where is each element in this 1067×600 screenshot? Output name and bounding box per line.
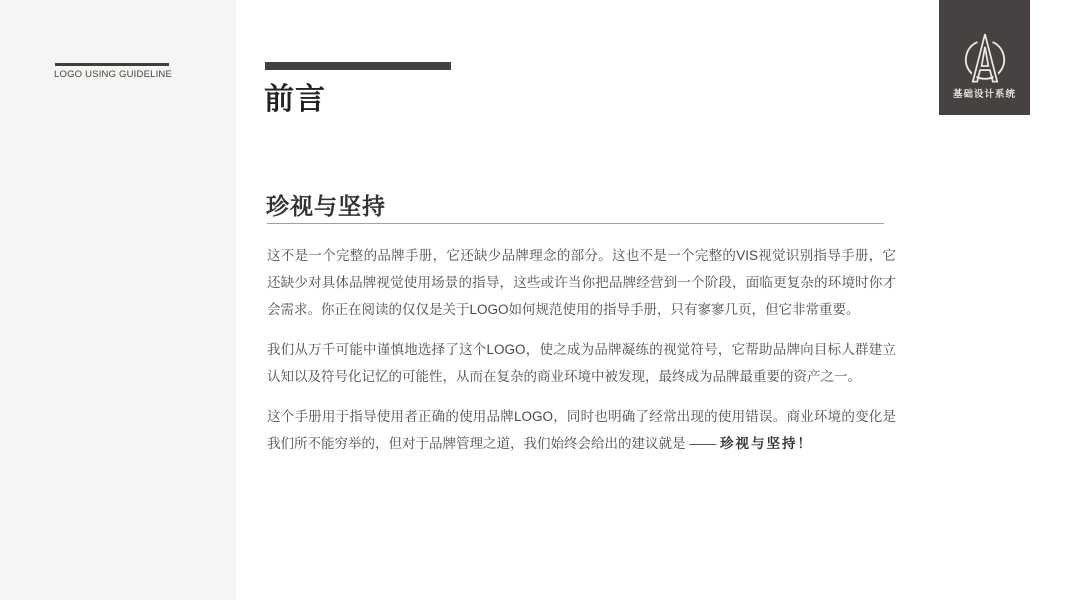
sidebar-label: LOGO USING GUIDELINE: [54, 69, 184, 80]
title-accent-bar: [265, 62, 451, 70]
page-title: 前言: [264, 74, 326, 118]
paragraph-2: 我们从万千可能中谨慎地选择了这个LOGO，使之成为品牌凝练的视觉符号，它帮助品牌…: [267, 336, 896, 390]
guideline-page: { "window": { "width": 1067, "height": 6…: [0, 0, 1067, 600]
body-copy: 这不是一个完整的品牌手册，它还缺少品牌理念的部分。这也不是一个完整的VIS视觉识…: [267, 242, 896, 470]
section-rule: [267, 223, 884, 224]
brand-badge: 基础设计系统: [939, 0, 1030, 115]
section-title: 珍视与坚持: [266, 188, 386, 221]
paragraph-2-text: 我们从万千可能中谨慎地选择了这个LOGO，使之成为品牌凝练的视觉符号，它帮助品牌…: [267, 342, 896, 384]
paragraph-1: 这不是一个完整的品牌手册，它还缺少品牌理念的部分。这也不是一个完整的VIS视觉识…: [267, 242, 896, 323]
paragraph-3-emphasis: 珍视与坚持！: [720, 436, 813, 451]
left-panel: LOGO USING GUIDELINE: [0, 0, 236, 600]
sidebar-rule: [55, 63, 169, 66]
circle-a-logo-icon: [956, 26, 1014, 84]
badge-title: 基础设计系统: [953, 86, 1016, 100]
paragraph-1-text: 这不是一个完整的品牌手册，它还缺少品牌理念的部分。这也不是一个完整的VIS视觉识…: [267, 248, 896, 317]
paragraph-3: 这个手册用于指导使用者正确的使用品牌LOGO，同时也明确了经常出现的使用错误。商…: [267, 403, 896, 457]
